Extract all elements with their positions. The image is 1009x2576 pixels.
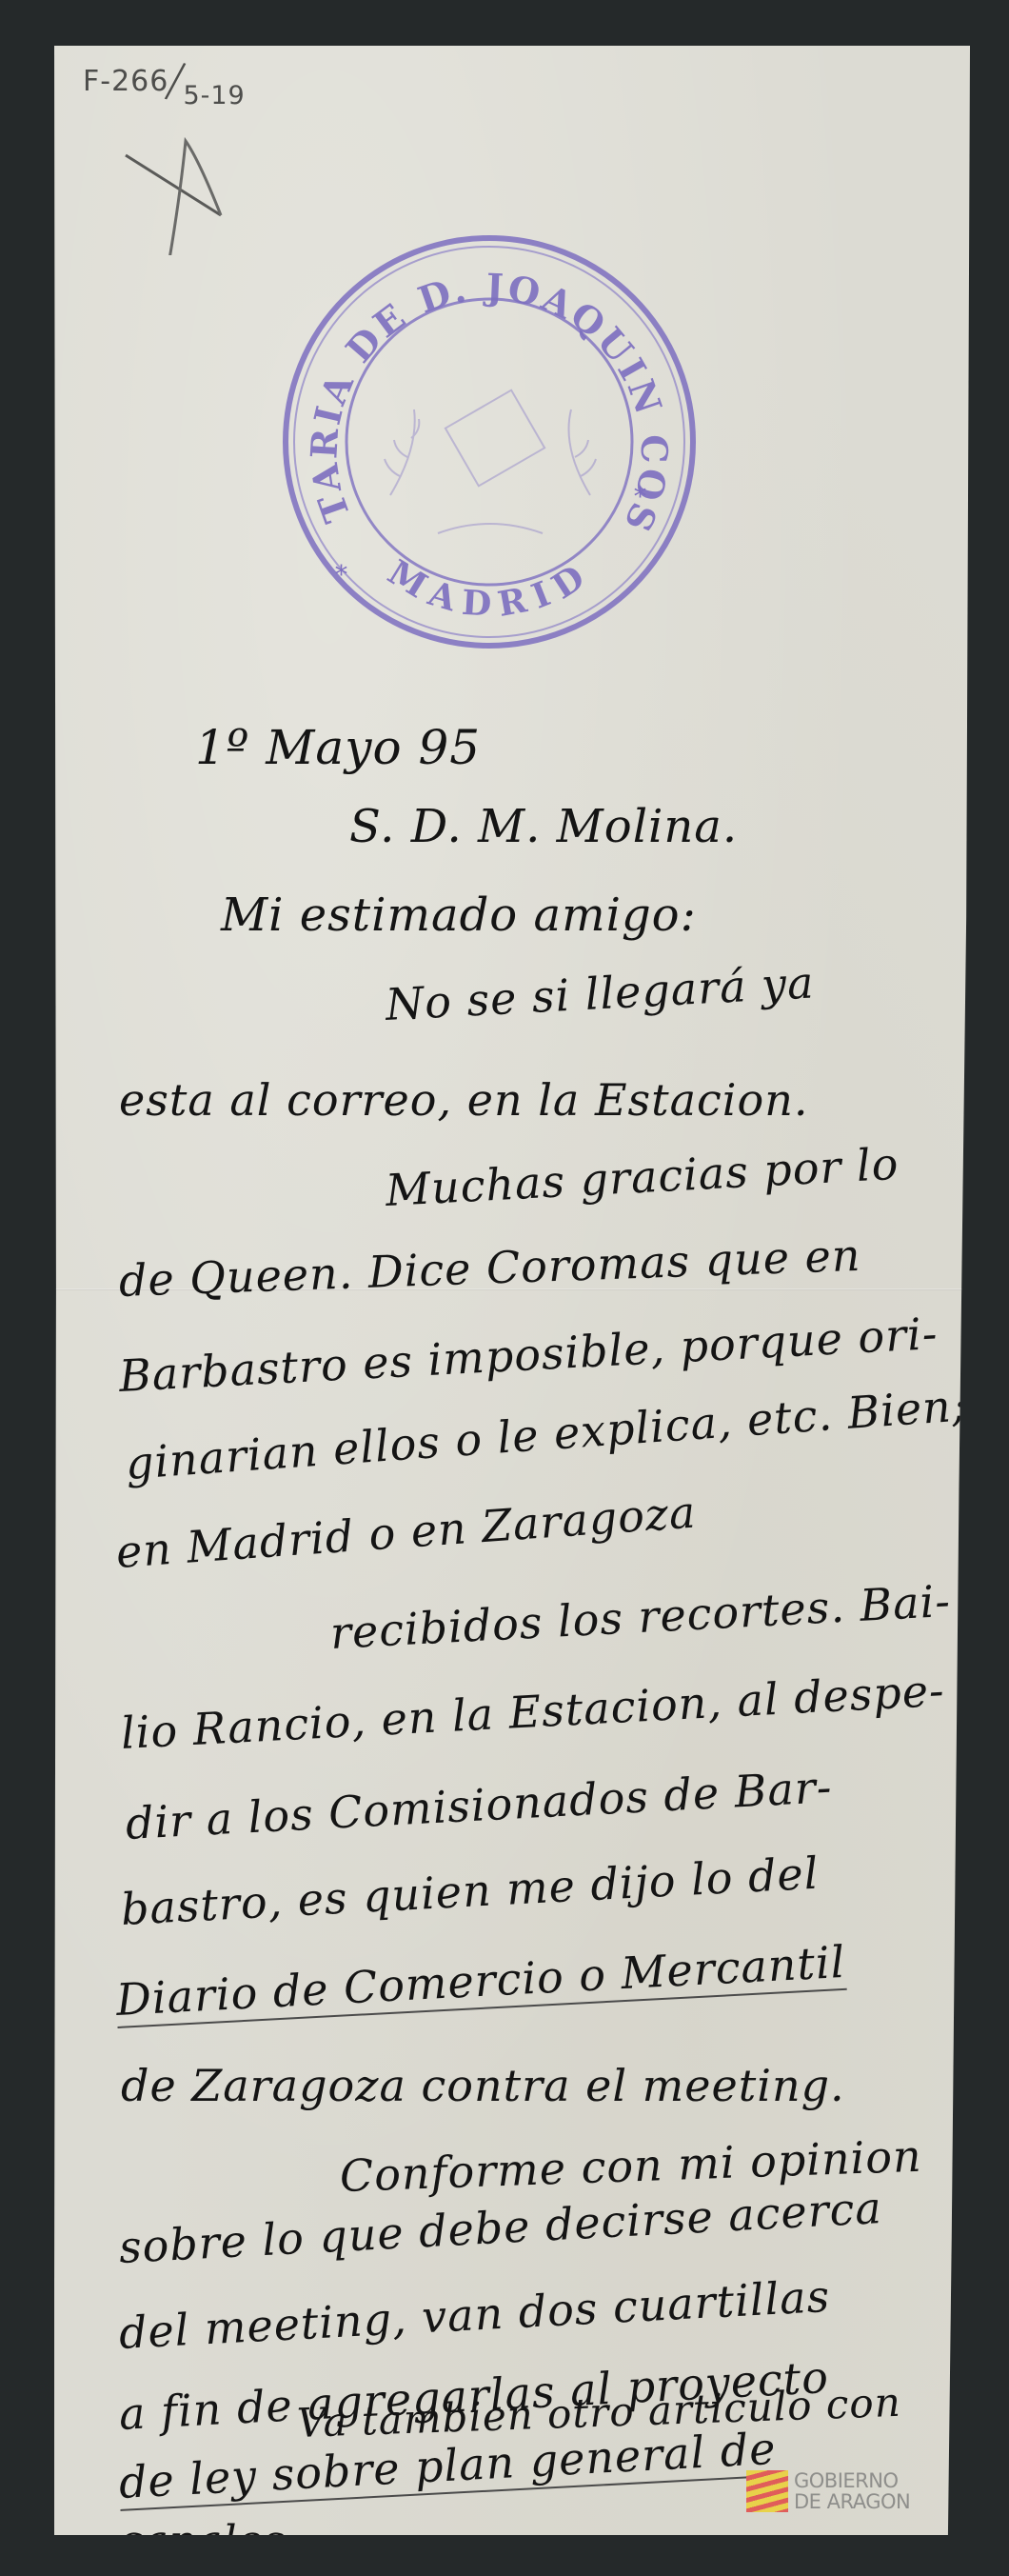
letter-line: No se si llegará ya [385, 956, 816, 1030]
letter-line: del meeting, van dos cuartillas [118, 2270, 832, 2359]
letter-line: dir a los Comisionados de Bar- [125, 1761, 834, 1849]
letter-line: esta al correo, en la Estacion. [119, 1074, 808, 1126]
letter-date: 1º Mayo 95 [195, 720, 481, 775]
letter-line: de Zaragoza contra el meeting. [121, 2060, 845, 2111]
stamp-asterisk-right: * [634, 483, 646, 511]
letter-line-underlined: canales. [119, 2517, 300, 2566]
stamp-bottom-text: MADRID [381, 552, 600, 625]
stamp-asterisk-left: * [335, 561, 347, 589]
svg-text:MADRID: MADRID [381, 552, 600, 625]
letter-line: lio Rancio, en la Estacion, al despe- [120, 1665, 946, 1759]
letter-line: Muchas gracias por lo [385, 1138, 900, 1216]
gobierno-aragon-logo: GOBIERNO DE ARAGON [746, 2470, 910, 2512]
pencil-x-icon [121, 122, 235, 255]
letter-recipient: S. D. M. Molina. [349, 800, 738, 853]
letter-line: bastro, es quien me dijo lo del [120, 1847, 821, 1935]
svg-text:NOTARIA DE D. JOAQUIN COSTA: NOTARIA DE D. JOAQUIN COSTA [276, 229, 676, 541]
letter-line: en Madrid o en Zaragoza [114, 1486, 698, 1577]
letter-line: ginarian ellos o le explica, etc. Bien; [124, 1379, 969, 1489]
logo-line-2: DE ARAGON [794, 2491, 910, 2512]
letter-line: de Queen. Dice Coromas que en [118, 1229, 861, 1307]
letter-paper: F-266/5-19 NOTARIA DE D. JOAQUIN COSTA M… [54, 46, 970, 2535]
archive-reference-sub: 5-19 [183, 81, 245, 110]
letter-line: recibidos los recortes. Bai- [329, 1575, 952, 1659]
letter-salutation: Mi estimado amigo: [221, 889, 697, 942]
archive-reference-main: F-266 [83, 65, 168, 98]
archive-reference: F-266/5-19 [83, 65, 246, 98]
notary-stamp-icon: NOTARIA DE D. JOAQUIN COSTA MADRID * * [276, 229, 702, 655]
aragon-flag-icon [746, 2470, 788, 2512]
stamp-outer-text: NOTARIA DE D. JOAQUIN COSTA [276, 229, 676, 541]
letter-line: Barbastro es imposible, porque ori- [118, 1308, 940, 1402]
logo-line-1: GOBIERNO [794, 2470, 910, 2491]
letter-line-underlined: Diario de Comercio o Mercantil [115, 1936, 847, 2026]
